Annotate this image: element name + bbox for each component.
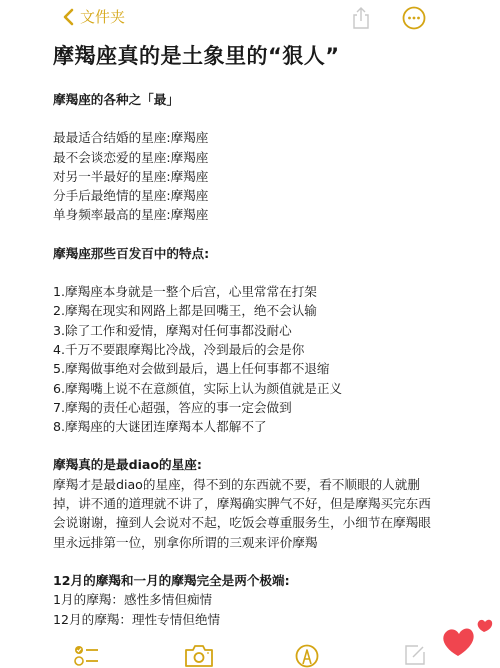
- list-item: 4.千万不要跟摩羯比冷战，冷到最后的会是你: [53, 340, 493, 359]
- more-icon[interactable]: [402, 6, 426, 30]
- section-heading: 摩羯真的是最diao的星座:: [53, 455, 493, 474]
- section-heading: 摩羯座的各种之「最」: [53, 90, 493, 109]
- list-item: 对另一半最好的星座:摩羯座: [53, 167, 493, 186]
- back-button[interactable]: 文件夹: [62, 6, 125, 27]
- camera-icon[interactable]: [184, 644, 214, 668]
- chevron-left-icon: [62, 8, 74, 26]
- list-item: 12月的摩羯：理性专情但绝情: [53, 610, 493, 629]
- markup-icon[interactable]: [295, 644, 319, 668]
- checklist-icon[interactable]: [74, 644, 102, 668]
- list-item: 1.摩羯座本身就是一整个后宫，心里常常在打架: [53, 282, 493, 301]
- list-item: 5.摩羯做事绝对会做到最后，遇上任何事都不退缩: [53, 359, 493, 378]
- list-item: 1月的摩羯：感性多情但痴情: [53, 590, 493, 609]
- paragraph: 摩羯才是最diao的星座，得不到的东西就不要，看不顺眼的人就删掉，讲不通的道理就…: [53, 475, 443, 552]
- back-label: 文件夹: [80, 6, 125, 27]
- share-icon[interactable]: [351, 6, 371, 30]
- list-item: 3.除了工作和爱情，摩羯对任何事都没耐心: [53, 321, 493, 340]
- section-heading: 摩羯座那些百发百中的特点:: [53, 244, 493, 263]
- list-item: 6.摩羯嘴上说不在意颜值，实际上认为颜值就是正义: [53, 379, 493, 398]
- compose-icon[interactable]: [404, 644, 426, 666]
- note-title: 摩羯座真的是土象里的“狠人”: [53, 40, 340, 70]
- list-item: 最不会谈恋爱的星座:摩羯座: [53, 148, 493, 167]
- note-body[interactable]: 摩羯座的各种之「最」 最最适合结婚的星座:摩羯座 最不会谈恋爱的星座:摩羯座 对…: [53, 90, 493, 629]
- navigation-bar: 文件夹: [0, 0, 500, 36]
- list-item: 最最适合结婚的星座:摩羯座: [53, 128, 493, 147]
- section-heading: 12月的摩羯和一月的摩羯完全是两个极端:: [53, 571, 493, 590]
- bottom-toolbar: [0, 640, 500, 668]
- list-item: 7.摩羯的责任心超强，答应的事一定会做到: [53, 398, 493, 417]
- list-item: 2.摩羯在现实和网路上都是回嘴王，绝不会认输: [53, 301, 493, 320]
- list-item: 8.摩羯座的大谜团连摩羯本人都解不了: [53, 417, 493, 436]
- list-item: 单身频率最高的星座:摩羯座: [53, 205, 493, 224]
- list-item: 分手后最绝情的星座:摩羯座: [53, 186, 493, 205]
